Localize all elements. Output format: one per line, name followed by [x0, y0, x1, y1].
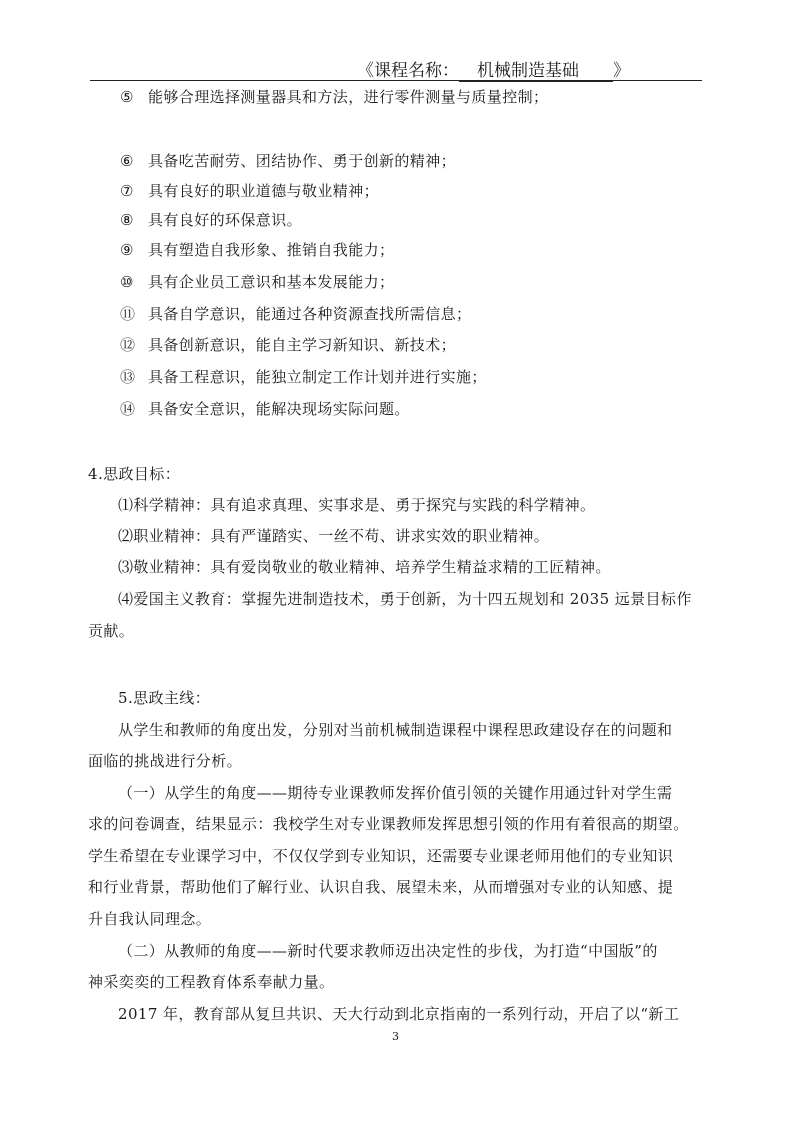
item-text: 具备工程意识，能独立制定工作计划并进行实施；	[148, 368, 487, 386]
paragraph-line: 学生希望在专业课学习中，不仅仅学到专业知识，还需要专业课老师用他们的专业知识	[88, 846, 673, 866]
list-item: ⑪具备自学意识，能通过各种资源查找所需信息；	[120, 304, 471, 324]
list-item: ⑩具有企业员工意识和基本发展能力；	[120, 272, 394, 292]
page-header: 《课程名称：机械制造基础》	[90, 56, 702, 80]
item-text: 能够合理选择测量器具和方法，进行零件测量与质量控制；	[148, 88, 548, 106]
item-number: ⑪	[120, 304, 148, 324]
course-title-suffix: 》	[613, 61, 630, 81]
item-text: 具备吃苦耐劳、团结协作、勇于创新的精神；	[148, 152, 456, 170]
list-item: ⑫具备创新意识，能自主学习新知识、新技术；	[120, 335, 456, 355]
paragraph-line: 和行业背景，帮助他们了解行业、认识自我、展望未来，从而增强对专业的认知感、提	[88, 877, 673, 897]
item-text: 具备安全意识，能解决现场实际问题。	[148, 400, 410, 418]
paragraph-line: 求的问卷调查，结果显示：我校学生对专业课教师发挥思想引领的作用有着很高的期望。	[88, 814, 689, 834]
list-item: ⑧具有良好的环保意识。	[120, 210, 302, 230]
list-item: ⑭具备安全意识，能解决现场实际问题。	[120, 399, 410, 419]
paragraph-line: 神采奕奕的工程教育体系奉献力量。	[88, 972, 334, 992]
list-item: ⑦具有良好的职业道德与敬业精神；	[120, 181, 379, 201]
item-number: ⑬	[120, 367, 148, 387]
paragraph-line: （二）从教师的角度——新时代要求教师迈出决定性的步伐，为打造“中国版”的	[118, 941, 658, 961]
list-item: ⑨具有塑造自我形象、推销自我能力；	[120, 240, 394, 260]
goal-item: ⑴科学精神：具有追求真理、实事求是、勇于探究与实践的科学精神。	[118, 495, 595, 515]
list-item: ⑤能够合理选择测量器具和方法，进行零件测量与质量控制；	[120, 87, 548, 107]
item-text: 具备创新意识，能自主学习新知识、新技术；	[148, 336, 456, 354]
item-number: ⑩	[120, 272, 148, 292]
item-number: ⑭	[120, 399, 148, 419]
paragraph-line: 面临的挑战进行分析。	[88, 751, 242, 771]
list-item: ⑬具备工程意识，能独立制定工作计划并进行实施；	[120, 367, 487, 387]
item-number: ⑨	[120, 240, 148, 260]
paragraph-line: （一）从学生的角度——期待专业课教师发挥价值引领的关键作用通过针对学生需	[118, 783, 672, 803]
item-number: ⑦	[120, 181, 148, 201]
item-number: ⑥	[120, 151, 148, 171]
paragraph-line: 升自我认同理念。	[88, 909, 211, 929]
goal-item: ⑷爱国主义教育：掌握先进制造技术，勇于创新，为十四五规划和 2035 远景目标作	[118, 589, 692, 609]
course-title-prefix: 《课程名称：	[357, 61, 459, 81]
paragraph-line: 从学生和教师的角度出发，分别对当前机械制造课程中课程思政建设存在的问题和	[118, 720, 672, 740]
goal-item: ⑶敬业精神：具有爱岗敬业的敬业精神、培养学生精益求精的工匠精神。	[118, 557, 611, 577]
item-number: ⑫	[120, 335, 148, 355]
header-divider	[90, 80, 702, 81]
list-item: ⑥具备吃苦耐劳、团结协作、勇于创新的精神；	[120, 151, 456, 171]
course-name: 机械制造基础	[459, 61, 613, 82]
item-number: ⑤	[120, 87, 148, 107]
paragraph-line: 2017 年，教育部从复旦共识、天大行动到北京指南的一系列行动，开启了以“新工	[118, 1004, 679, 1024]
section-4-title: 4.思政目标：	[88, 464, 180, 484]
item-text: 具有塑造自我形象、推销自我能力；	[148, 241, 394, 259]
item-text: 具有企业员工意识和基本发展能力；	[148, 273, 394, 291]
section-5-title: 5.思政主线：	[118, 688, 210, 708]
goal-item: ⑵职业精神：具有严谨踏实、一丝不苟、讲求实效的职业精神。	[118, 526, 549, 546]
item-text: 具有良好的环保意识。	[148, 211, 302, 229]
goal-item-continuation: 贡献。	[88, 621, 134, 641]
item-number: ⑧	[120, 210, 148, 230]
item-text: 具备自学意识，能通过各种资源查找所需信息；	[148, 305, 471, 323]
item-text: 具有良好的职业道德与敬业精神；	[148, 182, 379, 200]
course-title: 《课程名称：机械制造基础》	[357, 56, 630, 82]
page-number: 3	[392, 1030, 399, 1043]
